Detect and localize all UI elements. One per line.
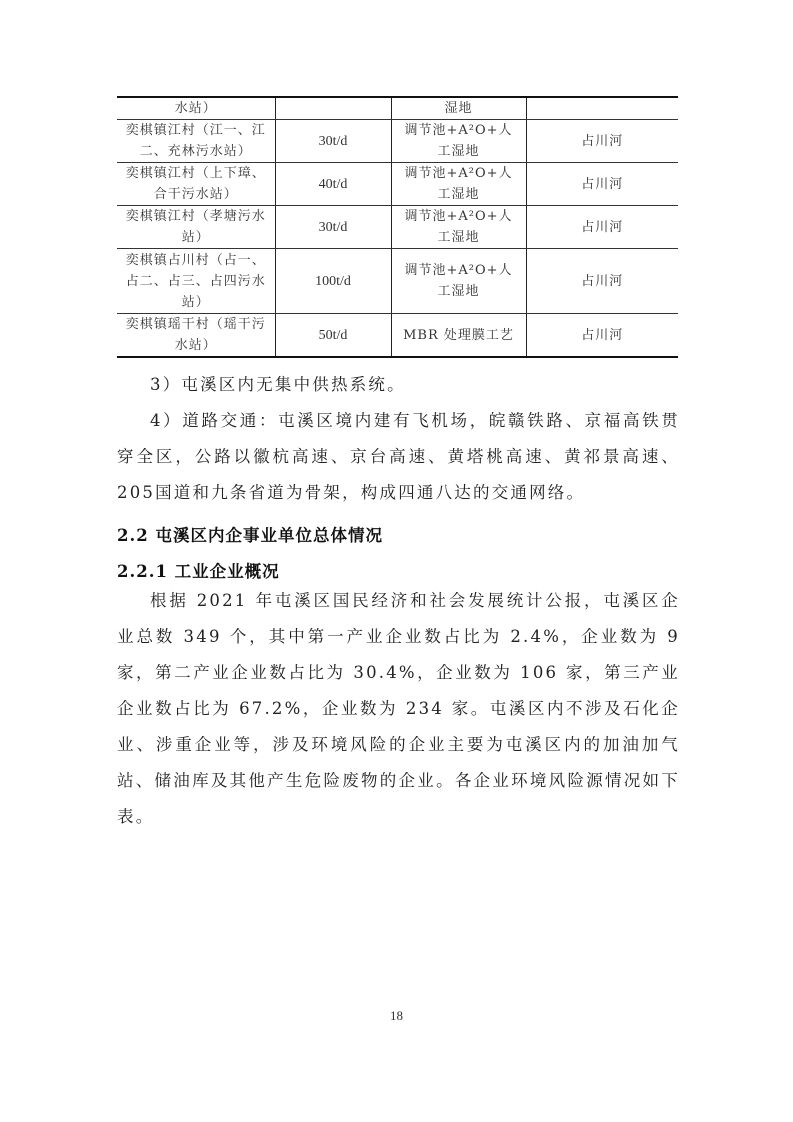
receiving-water-cell: 占川河 <box>526 314 678 358</box>
capacity-cell: 40t/d <box>275 163 391 206</box>
capacity-cell: 30t/d <box>275 120 391 163</box>
page-number: 18 <box>0 1008 793 1024</box>
section-heading-2-2-1: 2.2.1 工业企业概况 <box>117 558 280 582</box>
document-page: 水站） 湿地 奕棋镇江村（江一、江二、充林污水站） 30t/d 调节池+A²O+… <box>0 0 793 1122</box>
paragraph-enterprise-overview: 根据 2021 年屯溪区国民经济和社会发展统计公报，屯溪区企业总数 349 个，… <box>117 583 680 835</box>
process-cell: 调节池+A²O+人工湿地 <box>391 249 526 314</box>
table-row: 奕棋镇占川村（占一、占二、占三、占四污水站） 100t/d 调节池+A²O+人工… <box>117 249 678 314</box>
receiving-water-cell <box>526 97 678 120</box>
station-name-cell: 水站） <box>117 97 275 120</box>
receiving-water-cell: 占川河 <box>526 206 678 249</box>
table-row: 奕棋镇瑶干村（瑶干污水站） 50t/d MBR 处理膜工艺 占川河 <box>117 314 678 358</box>
capacity-cell <box>275 97 391 120</box>
process-cell: MBR 处理膜工艺 <box>391 314 526 358</box>
section-heading-2-2: 2.2 屯溪区内企事业单位总体情况 <box>117 522 383 546</box>
receiving-water-cell: 占川河 <box>526 120 678 163</box>
process-cell: 湿地 <box>391 97 526 120</box>
paragraph-transportation: 4）道路交通：屯溪区境内建有飞机场，皖赣铁路、京福高铁贯穿全区，公路以徽杭高速、… <box>117 403 680 511</box>
station-name-cell: 奕棋镇江村（上下璋、合干污水站） <box>117 163 275 206</box>
paragraph-heating: 3）屯溪区内无集中供热系统。 <box>117 367 680 403</box>
sewage-station-table: 水站） 湿地 奕棋镇江村（江一、江二、充林污水站） 30t/d 调节池+A²O+… <box>117 96 678 358</box>
capacity-cell: 30t/d <box>275 206 391 249</box>
receiving-water-cell: 占川河 <box>526 163 678 206</box>
table-row: 水站） 湿地 <box>117 97 678 120</box>
process-cell: 调节池+A²O+人工湿地 <box>391 163 526 206</box>
station-name-cell: 奕棋镇占川村（占一、占二、占三、占四污水站） <box>117 249 275 314</box>
table-row: 奕棋镇江村（孝塘污水站） 30t/d 调节池+A²O+人工湿地 占川河 <box>117 206 678 249</box>
table-row: 奕棋镇江村（上下璋、合干污水站） 40t/d 调节池+A²O+人工湿地 占川河 <box>117 163 678 206</box>
station-name-cell: 奕棋镇江村（江一、江二、充林污水站） <box>117 120 275 163</box>
process-cell: 调节池+A²O+人工湿地 <box>391 120 526 163</box>
table-row: 奕棋镇江村（江一、江二、充林污水站） 30t/d 调节池+A²O+人工湿地 占川… <box>117 120 678 163</box>
capacity-cell: 100t/d <box>275 249 391 314</box>
process-cell: 调节池+A²O+人工湿地 <box>391 206 526 249</box>
station-name-cell: 奕棋镇瑶干村（瑶干污水站） <box>117 314 275 358</box>
station-name-cell: 奕棋镇江村（孝塘污水站） <box>117 206 275 249</box>
receiving-water-cell: 占川河 <box>526 249 678 314</box>
capacity-cell: 50t/d <box>275 314 391 358</box>
